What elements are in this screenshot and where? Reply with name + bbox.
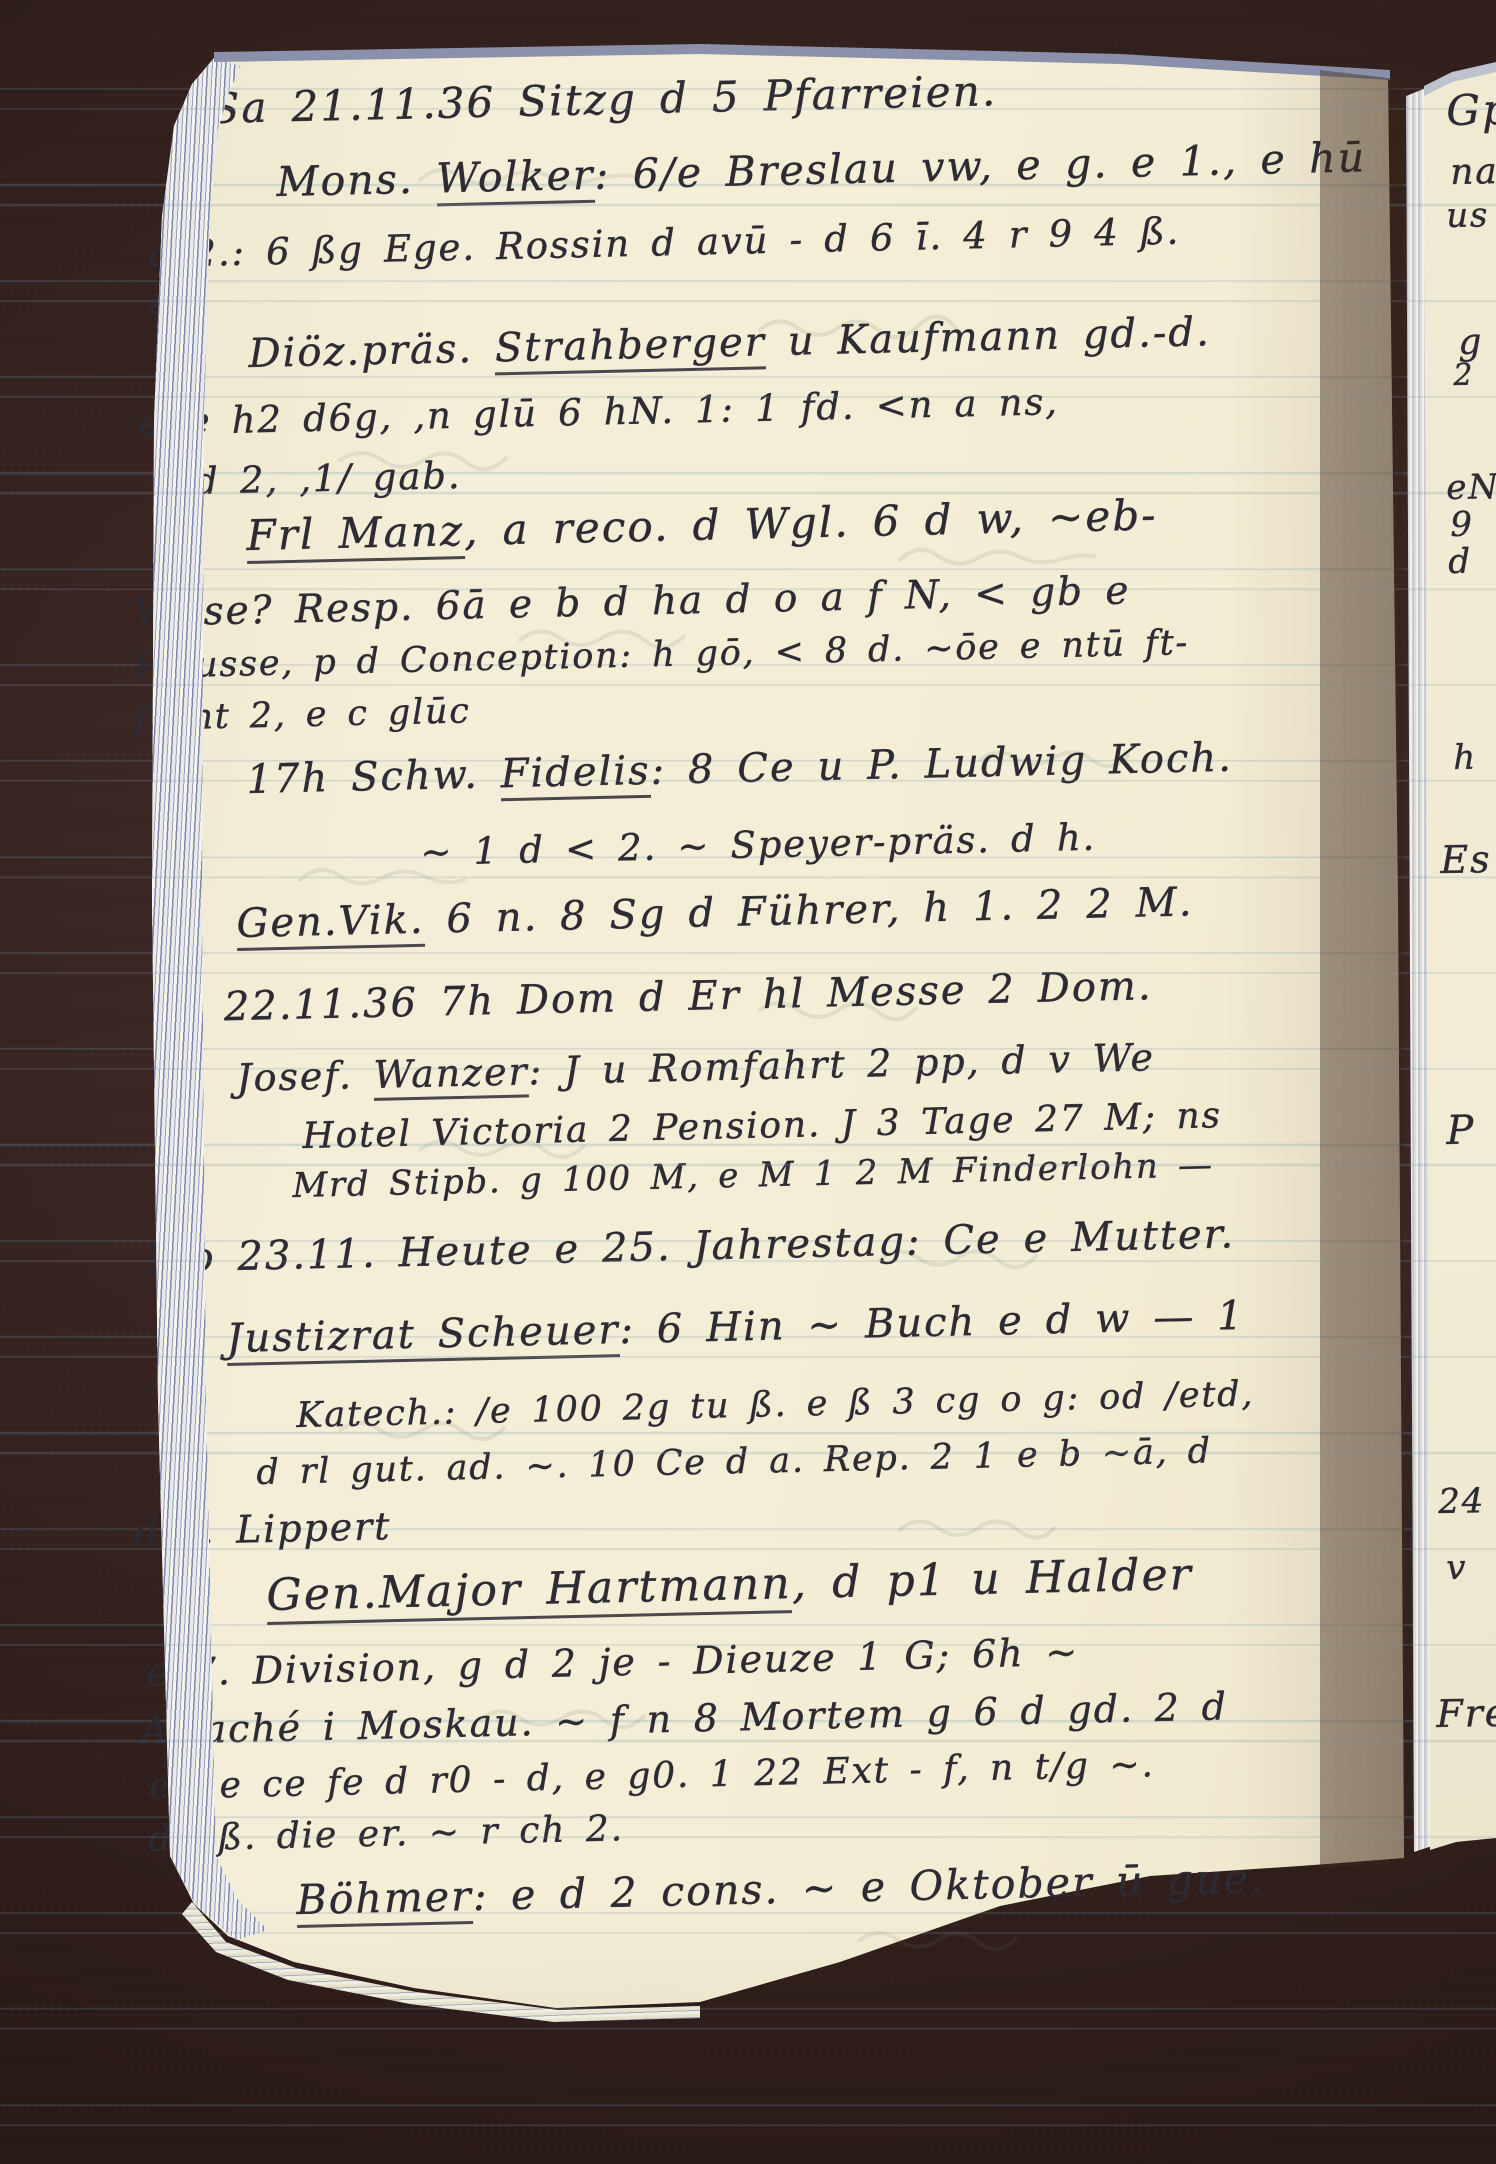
handwriting-fragment: d	[1448, 542, 1472, 582]
handwriting-right-page: Gpnausg2eN9dhEsP24vFre	[0, 0, 1496, 2164]
handwriting-fragment: P	[1446, 1107, 1476, 1153]
handwriting-fragment: eN	[1446, 467, 1496, 508]
handwriting-fragment: Es	[1440, 837, 1492, 882]
handwriting-fragment: us	[1446, 195, 1489, 236]
handwriting-fragment: Fre	[1436, 1691, 1496, 1736]
notebook-photo: Sa 21.11.36 Sitzg d 5 Pfarreien.Mons. Wo…	[0, 0, 1496, 2164]
handwriting-fragment: h	[1453, 738, 1477, 778]
handwriting-fragment: 24	[1438, 1481, 1485, 1522]
handwriting-fragment: 2	[1453, 358, 1474, 393]
handwriting-fragment: 9	[1450, 505, 1474, 545]
handwriting-fragment: v	[1446, 1548, 1468, 1588]
handwriting-fragment: Gp	[1446, 85, 1496, 135]
handwriting-fragment: na	[1450, 151, 1496, 193]
